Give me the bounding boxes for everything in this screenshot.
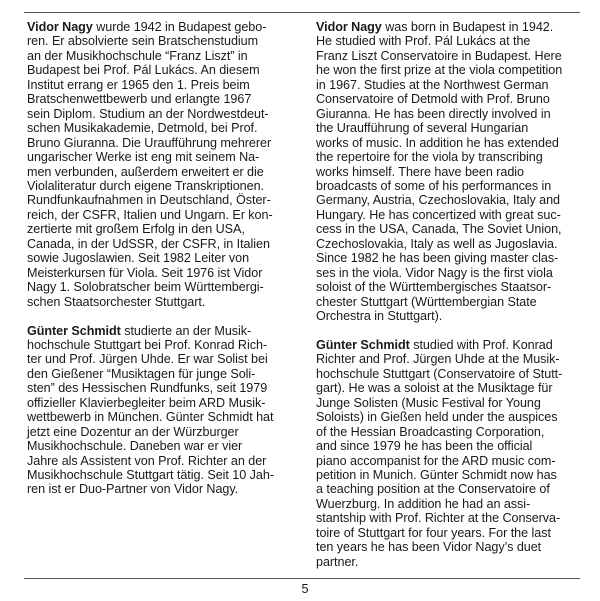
text-line: works of music. In addition he has exten… bbox=[316, 136, 581, 150]
text-line: Orchestra in Stuttgart). bbox=[316, 309, 581, 323]
text-line: ses in the viola. Vidor Nagy is the firs… bbox=[316, 266, 581, 280]
text-line: an der Musikhochschule “Franz Liszt” in bbox=[27, 49, 297, 63]
text-line: ter und Prof. Jürgen Uhde. Er war Solist… bbox=[27, 352, 297, 366]
text-line: wettbewerb in München. Günter Schmidt ha… bbox=[27, 410, 297, 424]
german-column: Vidor Nagy wurde 1942 in Budapest gebo- … bbox=[27, 20, 297, 497]
text-line: Rundfunkaufnahmen in Deutschland, Öster- bbox=[27, 193, 297, 207]
biography-guenter-schmidt-de: Günter Schmidt studierte an der Musik- h… bbox=[27, 324, 297, 497]
text-line: Germany, Austria, Czechoslovakia, Italy … bbox=[316, 193, 581, 207]
first-line: Günter Schmidt studierte an der Musik- bbox=[27, 324, 297, 338]
text-line: offizieller Klavierbegleiter beim ARD Mu… bbox=[27, 396, 297, 410]
text-line: the Uraufführung of several Hungarian bbox=[316, 121, 581, 135]
text-line: Institut errang er 1965 den 1. Preis bei… bbox=[27, 78, 297, 92]
text-line: piano accompanist for the ARD music com- bbox=[316, 454, 581, 468]
text-line: schen Staatsorchester Stuttgart. bbox=[27, 295, 297, 309]
text-line: and since 1979 he has been the official bbox=[316, 439, 581, 453]
english-column: Vidor Nagy was born in Budapest in 1942.… bbox=[316, 20, 581, 569]
bottom-rule bbox=[24, 578, 580, 579]
text-line: sten” des Hessischen Rundfunks, seit 197… bbox=[27, 381, 297, 395]
text-line: jetzt eine Dozentur an der Würzburger bbox=[27, 425, 297, 439]
artist-name: Vidor Nagy bbox=[27, 20, 93, 34]
artist-name: Günter Schmidt bbox=[27, 324, 121, 338]
text-line: men verbunden, außerdem erweitert er die bbox=[27, 165, 297, 179]
text-line: Czechoslovakia, Italy as well as Jugosla… bbox=[316, 237, 581, 251]
page-number: 5 bbox=[0, 582, 600, 596]
text-line: Meisterkursen für Viola. Seit 1976 ist V… bbox=[27, 266, 297, 280]
text-line: den Gießener “Musiktagen für junge Soli- bbox=[27, 367, 297, 381]
text-line: Musikhochschule Stuttgart tätig. Seit 10… bbox=[27, 468, 297, 482]
first-line: Vidor Nagy was born in Budapest in 1942. bbox=[316, 20, 581, 34]
text-line: of the Hessian Broadcasting Corporation, bbox=[316, 425, 581, 439]
text-line: sowie Jugoslawien. Seit 1982 Leiter von bbox=[27, 251, 297, 265]
top-rule bbox=[24, 12, 580, 13]
text-line: Jahre als Assistent von Prof. Richter an… bbox=[27, 454, 297, 468]
text-line: Canada, in der UdSSR, der CSFR, in Itali… bbox=[27, 237, 297, 251]
text-line: sein Diplom. Studium an der Nordwestdeut… bbox=[27, 107, 297, 121]
text-line: the repertoire for the viola by transcri… bbox=[316, 150, 581, 164]
text-line: stantship with Prof. Richter at the Cons… bbox=[316, 511, 581, 525]
biography-guenter-schmidt-en: Günter Schmidt studied with Prof. Konrad… bbox=[316, 338, 581, 569]
text-line: Violaliteratur durch eigene Transkriptio… bbox=[27, 179, 297, 193]
text-line: Junge Solisten (Music Festival for Young bbox=[316, 396, 581, 410]
text-line: in 1967. Studies at the Northwest German bbox=[316, 78, 581, 92]
text-line: Giuranna. He has been directly involved … bbox=[316, 107, 581, 121]
text-line: ren ist er Duo-Partner von Vidor Nagy. bbox=[27, 482, 297, 496]
text-line: Bruno Giuranna. Die Uraufführung mehrere… bbox=[27, 136, 297, 150]
text-line: hochschule Stuttgart (Conservatoire of S… bbox=[316, 367, 581, 381]
text-line: He studied with Prof. Pál Lukács at the bbox=[316, 34, 581, 48]
text-line: soloist of the Württembergisches Staatso… bbox=[316, 280, 581, 294]
text-line: broadcasts of some of his performances i… bbox=[316, 179, 581, 193]
text-line: reich, der CSFR, Italien und Ungarn. Er … bbox=[27, 208, 297, 222]
text-line: Bratschenwettbewerb und erlangte 1967 bbox=[27, 92, 297, 106]
text-line: Franz Liszt Conservatoire in Budapest. H… bbox=[316, 49, 581, 63]
text-line: ren. Er absolvierte sein Bratschenstudiu… bbox=[27, 34, 297, 48]
text-line: works himself. There have been radio bbox=[316, 165, 581, 179]
text-line: Since 1982 he has been giving master cla… bbox=[316, 251, 581, 265]
text-line: partner. bbox=[316, 555, 581, 569]
text-line: Hungary. He has concertized with great s… bbox=[316, 208, 581, 222]
biography-vidor-nagy-de: Vidor Nagy wurde 1942 in Budapest gebo- … bbox=[27, 20, 297, 309]
text-line: ungarischer Werke ist eng mit seinem Na- bbox=[27, 150, 297, 164]
text-line: hochschule Stuttgart bei Prof. Konrad Ri… bbox=[27, 338, 297, 352]
text-line: he won the first prize at the viola comp… bbox=[316, 63, 581, 77]
text-line: Nagy 1. Solobratscher beim Württembergi- bbox=[27, 280, 297, 294]
text-line: Musikhochschule. Daneben war er vier bbox=[27, 439, 297, 453]
artist-name: Günter Schmidt bbox=[316, 338, 410, 352]
text-line: Richter and Prof. Jürgen Uhde at the Mus… bbox=[316, 352, 581, 366]
first-line: Günter Schmidt studied with Prof. Konrad bbox=[316, 338, 581, 352]
text-line: schen Musikakademie, Detmold, bei Prof. bbox=[27, 121, 297, 135]
text-line: cess in the USA, Canada, The Soviet Unio… bbox=[316, 222, 581, 236]
text-line: chester Stuttgart (Württembergian State bbox=[316, 295, 581, 309]
first-line: Vidor Nagy wurde 1942 in Budapest gebo- bbox=[27, 20, 297, 34]
artist-name: Vidor Nagy bbox=[316, 20, 382, 34]
text-line: Conservatoire of Detmold with Prof. Brun… bbox=[316, 92, 581, 106]
text-line: toire of Stuttgart for four years. For t… bbox=[316, 526, 581, 540]
text-line: ten years he has been Vidor Nagy’s duet bbox=[316, 540, 581, 554]
text-line: Budapest bei Prof. Pál Lukács. An diesem bbox=[27, 63, 297, 77]
biography-vidor-nagy-en: Vidor Nagy was born in Budapest in 1942.… bbox=[316, 20, 581, 324]
text-line: a teaching position at the Conservatoire… bbox=[316, 482, 581, 496]
text-line: zertierte mit großem Erfolg in den USA, bbox=[27, 222, 297, 236]
text-line: Wuerzburg. In addition he had an assi- bbox=[316, 497, 581, 511]
text-line: Soloists) in Gießen held under the auspi… bbox=[316, 410, 581, 424]
text-line: petition in Munich. Günter Schmidt now h… bbox=[316, 468, 581, 482]
text-line: gart). He was a soloist at the Musiktage… bbox=[316, 381, 581, 395]
